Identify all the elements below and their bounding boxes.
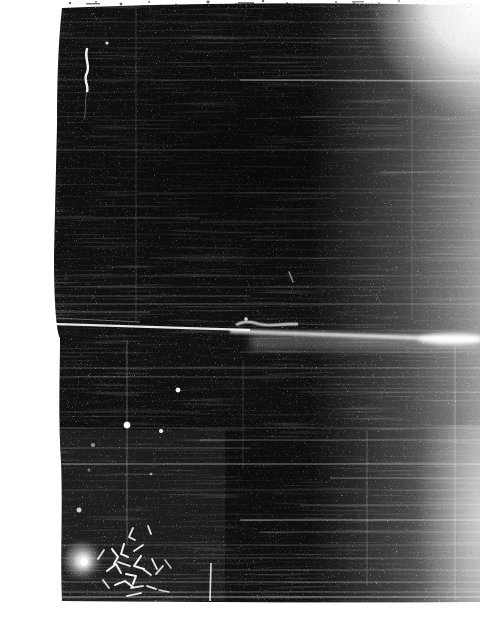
circle-mark [176, 388, 181, 393]
circle-mark [77, 508, 82, 513]
rect-mark [415, 0, 480, 610]
scanned-photo [0, 0, 480, 640]
line-mark [210, 563, 211, 601]
circle-mark [148, 1, 150, 3]
rect-mark [238, 2, 254, 4]
bottom-left-glow [67, 545, 97, 575]
circle-mark [106, 42, 109, 45]
circle-mark [244, 317, 248, 321]
circle-mark [95, 1, 97, 3]
circle-mark [207, 1, 210, 4]
circle-mark [91, 443, 95, 447]
circle-mark [120, 3, 123, 6]
circle-mark [159, 429, 163, 433]
rect-mark [350, 0, 480, 85]
circle-mark [124, 422, 131, 429]
rect-mark [250, 334, 480, 350]
circle-mark [69, 2, 71, 4]
circle-mark [80, 558, 88, 566]
rect-mark [55, 430, 225, 601]
rect-mark [86, 3, 100, 5]
circle-mark [150, 473, 153, 476]
circle-mark [88, 469, 91, 472]
